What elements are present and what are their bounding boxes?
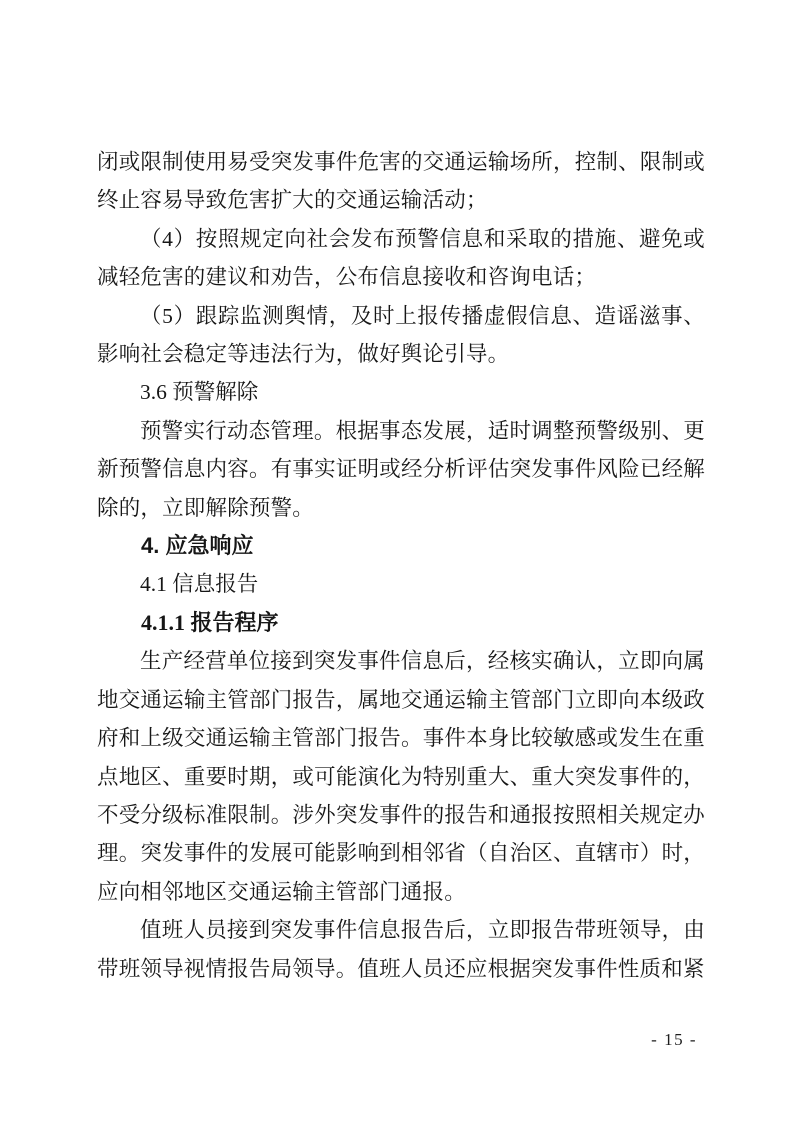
paragraph-warning-management: 预警实行动态管理。根据事态发展，适时调整预警级别、更新预警信息内容。有事实证明或…	[97, 412, 705, 527]
document-page: 闭或限制使用易受突发事件危害的交通运输场所，控制、限制或终止容易导致危害扩大的交…	[0, 0, 793, 1122]
paragraph-report-procedure: 生产经营单位接到突发事件信息后，经核实确认，立即向属地交通运输主管部门报告，属地…	[97, 642, 705, 911]
heading-4-1-1-report-procedure: 4.1.1 报告程序	[97, 604, 705, 642]
heading-4-1-information-report: 4.1 信息报告	[97, 565, 705, 603]
heading-3-6-warning-release: 3.6 预警解除	[97, 373, 705, 411]
list-item-4: （4）按照规定向社会发布预警信息和采取的措施、避免或减轻危害的建议和劝告，公布信…	[97, 220, 705, 297]
list-item-5: （5）跟踪监测舆情，及时上报传播虚假信息、造谣滋事、影响社会稳定等违法行为，做好…	[97, 297, 705, 374]
page-number: - 15 -	[0, 1030, 697, 1050]
paragraph-continuation: 闭或限制使用易受突发事件危害的交通运输场所，控制、限制或终止容易导致危害扩大的交…	[97, 143, 705, 220]
page-body: 闭或限制使用易受突发事件危害的交通运输场所，控制、限制或终止容易导致危害扩大的交…	[97, 143, 705, 988]
heading-4-emergency-response: 4. 应急响应	[97, 527, 705, 565]
paragraph-duty-staff: 值班人员接到突发事件信息报告后，立即报告带班领导，由带班领导视情报告局领导。值班…	[97, 911, 705, 988]
